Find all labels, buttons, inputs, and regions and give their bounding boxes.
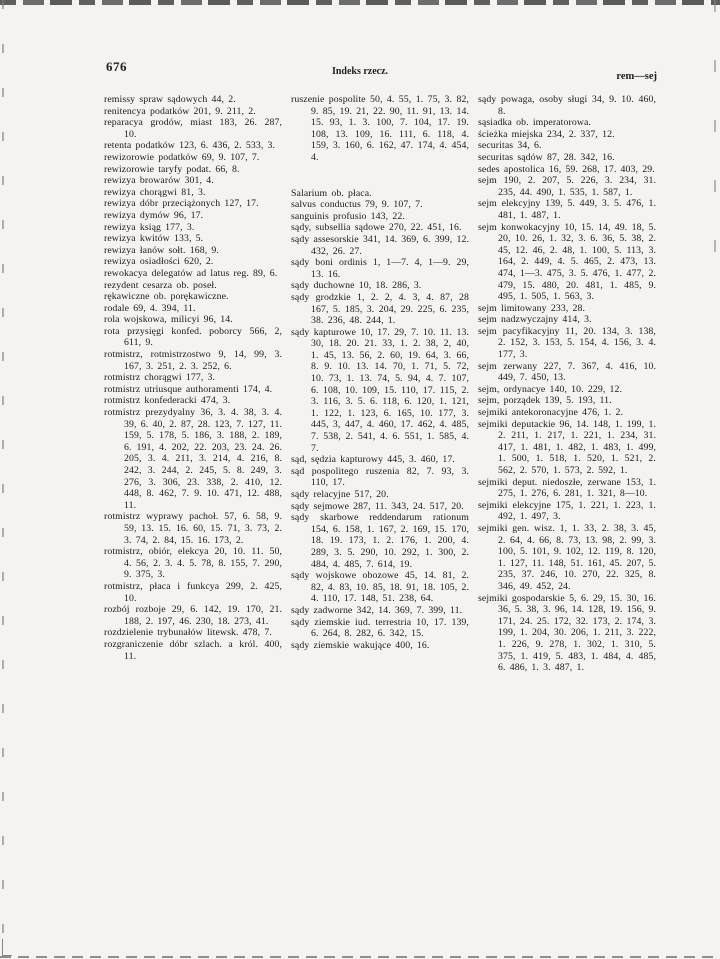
header-letter-range: rem—sej xyxy=(616,71,657,82)
index-entry: sedes apostolica 16, 59. 268, 17. 403, 2… xyxy=(478,164,656,176)
index-column-right: sądy powaga, osoby sługi 34, 9. 10. 460,… xyxy=(478,94,656,674)
index-entry: rewizya dymów 96, 17. xyxy=(104,210,282,222)
index-entry: sejmiki elekcyjne 175, 1. 221, 1. 223, 1… xyxy=(478,500,656,523)
index-entry: sąd pospolitego ruszenia 82, 7. 93, 3. 1… xyxy=(291,466,469,489)
scan-artifact-bottom-left-corner xyxy=(2,939,12,956)
index-entry: sejmiki gospodarskie 5, 6. 29, 15. 30, 1… xyxy=(478,593,656,674)
index-entry: sejm, porządek 139, 5. 193, 11. xyxy=(478,395,656,407)
index-entry: rotmistrz wyprawy pachoł. 57, 6. 58, 9. … xyxy=(104,511,282,546)
index-entry: sejmiki antekoronacyjne 476, 1. 2. xyxy=(478,407,656,419)
index-entry: rozbój rozboje 29, 6. 142, 19. 170, 21. … xyxy=(104,604,282,627)
index-column-middle: ruszenie pospolite 50, 4. 55, 1. 75, 3. … xyxy=(291,94,469,674)
index-entry: sądy sejmowe 287, 11. 343, 24. 517, 20. xyxy=(291,501,469,513)
index-entry: sądy grodzkie 1, 2. 2, 4. 3, 4. 87, 28 1… xyxy=(291,292,469,327)
index-entry: retenta podatków 123, 6. 436, 2. 533, 3. xyxy=(104,140,282,152)
index-entry: rewizya dóbr przeciążonych 127, 17. xyxy=(104,198,282,210)
index-entry: sądy boni ordinis 1, 1—7. 4, 1—9. 29, 13… xyxy=(291,257,469,280)
index-entry: ścieżka miejska 234, 2. 337, 12. xyxy=(478,129,656,141)
index-entry: remissy spraw sądowych 44, 2. xyxy=(104,94,282,106)
index-entry: sądy duchowne 10, 18. 286, 3. xyxy=(291,280,469,292)
index-entry: rotmistrz, rotmistrzostwo 9, 14, 99, 3. … xyxy=(104,349,282,372)
index-entry: rota przysięgi konfed. poborcy 566, 2, 6… xyxy=(104,326,282,349)
index-entry: rewizya ksiąg 177, 3. xyxy=(104,222,282,234)
index-entry: sąd, sędzia kapturowy 445, 3. 460, 17. xyxy=(291,454,469,466)
index-entry: rękawiczne ob. porękawiczne. xyxy=(104,291,282,303)
scan-artifact-bottom-edge xyxy=(0,956,720,958)
index-entry: rewizya osiadłości 620, 2. xyxy=(104,256,282,268)
scan-artifact-top-edge xyxy=(0,0,720,5)
index-entry: sądy kapturowe 10, 17. 29, 7. 10. 11. 13… xyxy=(291,327,469,455)
index-entry: sanguinis profusio 143, 22. xyxy=(291,211,469,223)
scan-artifact-left-edge xyxy=(2,0,4,959)
index-entry: rozgraniczenie dóbr szlach. a król. 400,… xyxy=(104,639,282,662)
index-entry: rewokacya delegatów ad latus reg. 89, 6. xyxy=(104,268,282,280)
index-entry: sejmiki deput. niedoszłe, zerwane 153, 1… xyxy=(478,477,656,500)
index-entry: rozdzielenie trybunałów litewsk. 478, 7. xyxy=(104,627,282,639)
index-entry: sądy ziemskie iud. terrestria 10, 17. 13… xyxy=(291,617,469,640)
index-entry: sąsiadka ob. imperatorowa. xyxy=(478,117,656,129)
index-entry: rotmistrz prezydyalny 36, 3. 4. 38, 3. 4… xyxy=(104,407,282,511)
index-entry: rewizya chorągwi 81, 3. xyxy=(104,187,282,199)
index-entry: ruszenie pospolite 50, 4. 55, 1. 75, 3. … xyxy=(291,94,469,164)
index-entry: sądy skarbowe reddendarum rationum 154, … xyxy=(291,512,469,570)
index-entry: rotmistrz chorągwi 177, 3. xyxy=(104,372,282,384)
index-entry: securitas sądów 87, 28. 342, 16. xyxy=(478,152,656,164)
index-entry: rotmistrz utriusque authoramenti 174, 4. xyxy=(104,384,282,396)
index-entry: sądy wojskowe obozowe 45, 14. 81, 2. 82,… xyxy=(291,570,469,605)
index-entry: sejm, ordynacye 140, 10. 229, 12. xyxy=(478,384,656,396)
index-entry: sądy ziemskie wakujące 400, 16. xyxy=(291,640,469,652)
index-entry: reparacya grodów, miast 183, 26. 287, 10… xyxy=(104,117,282,140)
index-entry: rodale 69, 4. 394, 11. xyxy=(104,303,282,315)
index-entry: sejm 190, 2. 207, 5. 226, 3. 234, 31. 23… xyxy=(478,175,656,198)
index-entry: sejm nadzwyczajny 414, 3. xyxy=(478,314,656,326)
index-entry: rewizya browarów 301, 4. xyxy=(104,175,282,187)
index-entry: rewizya łanów sołt. 168, 9. xyxy=(104,245,282,257)
scanned-book-page: 676 Indeks rzecz. rem—sej remissy spraw … xyxy=(0,0,720,959)
index-entry: salvus conductus 79, 9. 107, 7. xyxy=(291,199,469,211)
running-title: Indeks rzecz. xyxy=(0,66,720,77)
index-entry: sądy, subsellia sądowe 270, 22. 451, 16. xyxy=(291,222,469,234)
index-entry: renitencya podatków 201, 9. 211, 2. xyxy=(104,106,282,118)
index-entry: sejm limitowany 233, 28. xyxy=(478,303,656,315)
index-entry: sejm pacyfikacyjny 11, 20. 134, 3. 138, … xyxy=(478,326,656,361)
index-entry: rotmistrz, płaca i funkcya 299, 2. 425, … xyxy=(104,581,282,604)
scan-artifact-right-edge xyxy=(714,0,716,300)
index-entry: Salarium ob. płaca. xyxy=(291,188,469,200)
index-entry: sądy assesorskie 341, 14. 369, 6. 399, 1… xyxy=(291,234,469,257)
index-entry: sejmiki deputackie 96, 14. 148, 1. 199, … xyxy=(478,419,656,477)
index-entry: sądy powaga, osoby sługi 34, 9. 10. 460,… xyxy=(478,94,656,117)
index-entry: sejm zerwany 227, 7. 367, 4. 416, 10. 44… xyxy=(478,361,656,384)
index-entry: rotmistrz konfederacki 474, 3. xyxy=(104,395,282,407)
index-entry: sądy relacyjne 517, 20. xyxy=(291,489,469,501)
index-entry: sejm konwokacyjny 10, 15. 14, 49. 18, 5.… xyxy=(478,222,656,303)
index-column-left: remissy spraw sądowych 44, 2.renitencya … xyxy=(104,94,282,674)
index-entry: sejm elekcyjny 139, 5. 449, 3. 5. 476, 1… xyxy=(478,198,656,221)
index-entry: rewizorowie taryfy podat. 66, 8. xyxy=(104,164,282,176)
index-entry: rewizya kwitów 133, 5. xyxy=(104,233,282,245)
index-entry: rotmistrz, obiór, elekcya 20, 10. 11. 50… xyxy=(104,546,282,581)
index-entry: sejmiki gen. wisz. 1, 1. 33, 2. 38, 3. 4… xyxy=(478,523,656,593)
index-body: remissy spraw sądowych 44, 2.renitencya … xyxy=(104,94,656,674)
index-entry: rola wojskowa, milicyi 96, 14. xyxy=(104,314,282,326)
index-entry: rewizorowie podatków 69, 9. 107, 7. xyxy=(104,152,282,164)
index-entry: securitas 34, 6. xyxy=(478,140,656,152)
index-entry: rezydent cesarza ob. poseł. xyxy=(104,280,282,292)
index-entry: sądy zadworne 342, 14. 369, 7. 399, 11. xyxy=(291,605,469,617)
